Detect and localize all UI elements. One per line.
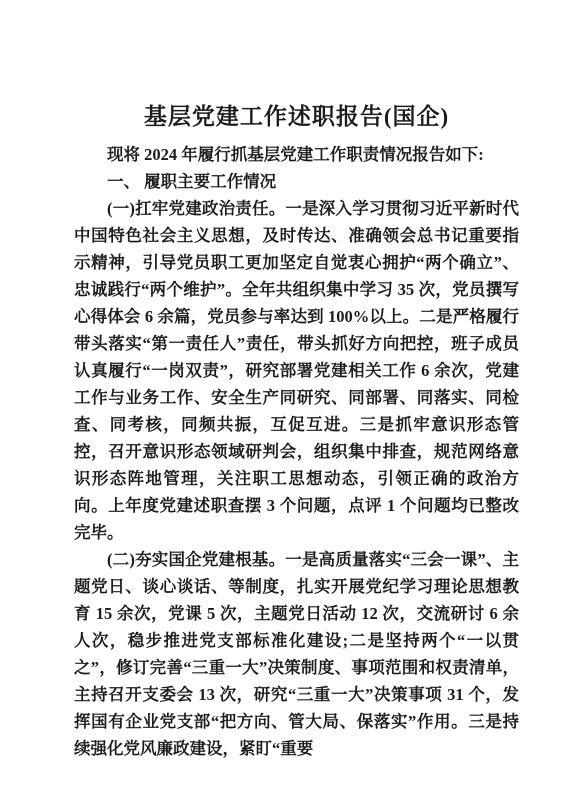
document-page: 基层党建工作述职报告(国企) 现将 2024 年履行抓基层党建工作职责情况报告如… [0, 0, 570, 807]
section-heading: 一、 履职主要工作情况 [74, 168, 519, 195]
body-paragraph-2: (二)夯实国企党建根基。一是高质量落实“三会一课”、主题党日、谈心谈话、等制度，… [74, 546, 519, 762]
document-title: 基层党建工作述职报告(国企) [74, 103, 519, 131]
document-content: 基层党建工作述职报告(国企) 现将 2024 年履行抓基层党建工作职责情况报告如… [74, 103, 519, 762]
intro-paragraph: 现将 2024 年履行抓基层党建工作职责情况报告如下: [74, 141, 519, 168]
body-paragraph-1: (一)扛牢党建政治责任。一是深入学习贯彻习近平新时代中国特色社会主义思想，及时传… [74, 195, 519, 546]
